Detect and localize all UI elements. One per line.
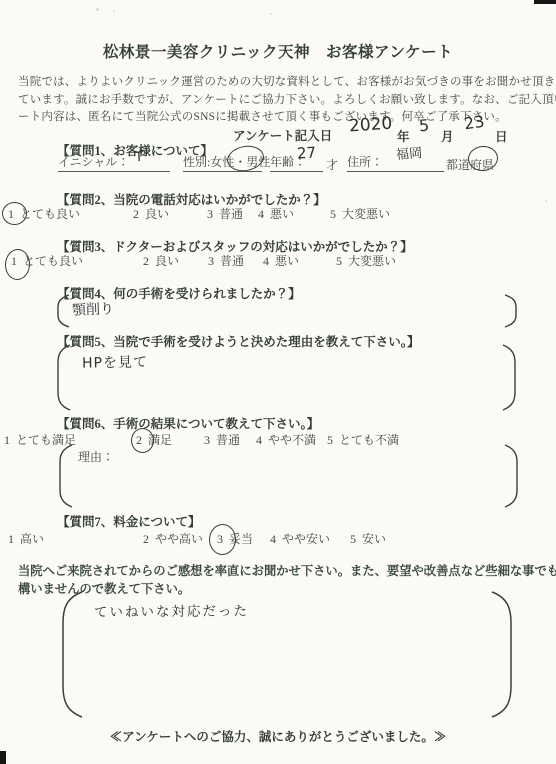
handwritten-q4-answer: 顎削り: [72, 298, 115, 319]
q5-bracket-left: [56, 344, 72, 412]
question-7-heading: 【質問7、料金について】: [57, 512, 201, 530]
q7-option-4: 4やや安い: [270, 530, 330, 547]
scan-artifact-top-right: [534, 0, 556, 4]
date-day-suffix: 日: [495, 127, 508, 145]
scan-artifact-bottom-left: [0, 751, 6, 764]
q2-option-3: 3普通: [207, 205, 243, 222]
comment-prompt-line-2: 構いませんので教えて下さい。: [18, 579, 190, 597]
handwritten-comment: ていねいな対応だった: [94, 599, 249, 620]
comment-prompt-line-1: 当院へご来院されてからのご感想を率直にお聞かせ下さい。また、要望や改善点など些細…: [18, 561, 556, 579]
survey-title: 松林景一美容クリニック天神 お客様アンケート: [0, 40, 556, 62]
q7-option-1: 1高い: [8, 530, 44, 547]
question-5-heading: 【質問5、当院で手術を受けようと決めた理由を教えて下さい。】: [57, 332, 420, 350]
q2-option-4: 4悪い: [258, 205, 294, 222]
footer-thanks: ≪アンケートへのご協力、誠にありがとうございました。≫: [0, 727, 556, 745]
q6-selection-circle: [131, 428, 154, 453]
scanned-survey-form: 松林景一美容クリニック天神 お客様アンケート 当院では、よりよいクリニック運営の…: [0, 0, 556, 764]
comment-bracket-left: [60, 591, 84, 719]
q6-option-3: 3普通: [204, 431, 240, 448]
q7-selection-circle: [208, 524, 236, 556]
initial-label: イニシャル：: [58, 155, 129, 169]
q2-option-5: 5大変悪い: [330, 205, 390, 222]
q7-option-2: 2やや高い: [143, 530, 203, 547]
date-label: アンケート記入日: [233, 126, 332, 144]
q3-option-5: 5大変悪い: [336, 252, 396, 269]
handwritten-address: 福岡: [395, 142, 423, 163]
comment-bracket-right: [490, 591, 514, 719]
scan-speck: [270, 13, 272, 15]
q6-option-5: 5とても不満: [327, 431, 399, 448]
age-suffix: 才: [326, 156, 338, 173]
q4-bracket-left: [56, 294, 72, 329]
question-6-heading: 【質問6、手術の結果について教えて下さい。】: [57, 414, 319, 432]
q6-bracket-left: [58, 444, 74, 509]
intro-line-3: ート内容は、匿名にて当院公式のSNSに掲載させて頂く事もございます。何卒ご了承下…: [18, 108, 507, 124]
scan-speck: [113, 10, 115, 12]
q6-bracket-right: [503, 444, 519, 509]
address-label: 住所：: [347, 155, 383, 169]
q3-option-3: 3普通: [208, 252, 244, 269]
q5-bracket-right: [501, 344, 517, 412]
q6-option-4: 4やや不満: [256, 431, 316, 448]
q2-option-2: 2良い: [133, 205, 169, 222]
handwritten-q5-answer: HPを見て: [82, 351, 148, 372]
q6-reason-label: 理由：: [78, 448, 114, 465]
initial-field: イニシャル：: [58, 154, 170, 172]
q7-option-5: 5安い: [350, 530, 386, 547]
date-month-suffix: 月: [441, 127, 454, 145]
scan-speck: [545, 200, 547, 202]
q4-bracket-right: [502, 294, 518, 329]
handwritten-date-month: 5: [418, 116, 430, 136]
handwritten-date-year: 2020: [348, 114, 393, 137]
q3-selection-circle: [4, 248, 31, 280]
q3-option-2: 2良い: [143, 252, 179, 269]
intro-line-1: 当院では、よりよいクリニック運営のための大切な資料として、お客様がお気づきの事を…: [18, 73, 556, 89]
handwritten-age: 27: [297, 144, 317, 163]
scan-speck: [96, 8, 99, 11]
handwritten-initial: T: [135, 150, 144, 165]
q3-option-4: 4悪い: [263, 252, 299, 269]
q2-selection-circle: [2, 202, 27, 225]
handwritten-date-day: 23: [463, 112, 486, 134]
intro-line-2: ています。誠にお手数ですが、アンケートにご協力下さい。よろしくお願い致します。な…: [18, 91, 556, 107]
